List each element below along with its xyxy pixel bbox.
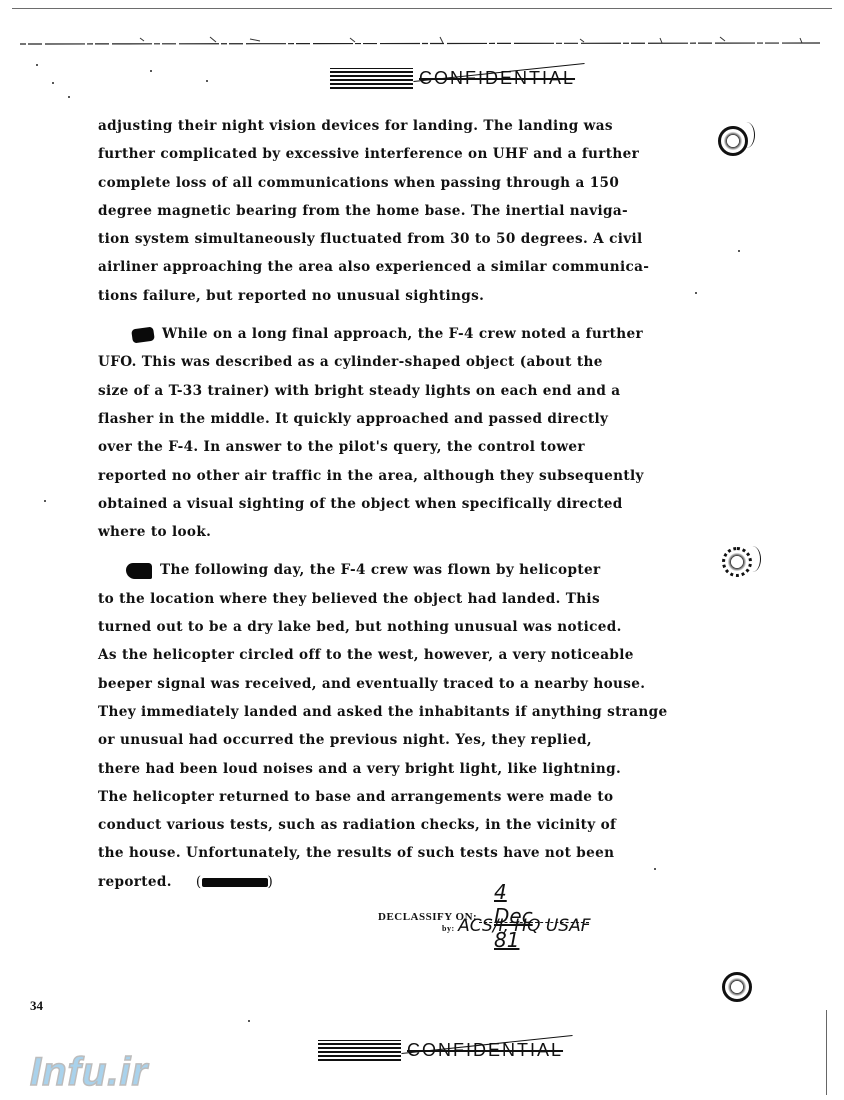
text-line: adjusting their night vision devices for…: [98, 112, 698, 140]
punch-hole-shadow-icon: [738, 122, 755, 148]
text-line: tions failure, but reported no unusual s…: [98, 282, 698, 310]
redacted-paragraph-marking: [131, 326, 155, 343]
text-line: reported.: [98, 874, 172, 890]
scan-top-edge: [12, 8, 832, 9]
classification-stamp-top: SECRETCONFIDENTIAL: [330, 68, 575, 89]
scan-speck: [44, 500, 46, 502]
text-line: The helicopter returned to base and arra…: [98, 783, 698, 811]
text-line: degree magnetic bearing from the home ba…: [98, 197, 698, 225]
text-line: conduct various tests, such as radiation…: [98, 811, 698, 839]
scan-speck: [738, 250, 740, 252]
text-line: beeper signal was received, and eventual…: [98, 670, 698, 698]
text-line: They immediately landed and asked the in…: [98, 698, 698, 726]
text-line-final: reported.(): [98, 868, 698, 896]
punch-hole-shadow-icon: [744, 546, 761, 572]
punch-hole-icon: [722, 972, 752, 1002]
scan-speck: [206, 80, 208, 82]
text-line: size of a T-33 trainer) with bright stea…: [98, 377, 698, 405]
text-line: obtained a visual sighting of the object…: [98, 490, 698, 518]
text-line: flasher in the middle. It quickly approa…: [98, 405, 698, 433]
scan-speck: [150, 70, 152, 72]
text-line: As the helicopter circled off to the wes…: [98, 641, 698, 669]
text-line: airliner approaching the area also exper…: [98, 253, 698, 281]
text-line: turned out to be a dry lake bed, but not…: [98, 613, 698, 641]
struck-secret-marking: SECRET: [330, 68, 413, 89]
text-line: over the F-4. In answer to the pilot's q…: [98, 433, 698, 461]
classification-stamp-bottom: SECRETCONFIDENTIAL: [318, 1040, 563, 1061]
text-line: to the location where they believed the …: [98, 585, 698, 613]
watermark-logo: Infu.ir: [30, 1050, 148, 1095]
paragraph-3: The following day, the F-4 crew was flow…: [98, 556, 698, 896]
document-body: adjusting their night vision devices for…: [98, 112, 698, 896]
text-line: The following day, the F-4 crew was flow…: [160, 562, 600, 578]
scan-speck: [654, 868, 656, 870]
scan-right-edge: [826, 1010, 827, 1095]
text-line: reported no other air traffic in the are…: [98, 462, 698, 490]
text-line: complete loss of all communications when…: [98, 169, 698, 197]
paragraph-2: While on a long final approach, the F-4 …: [98, 320, 698, 546]
text-line: While on a long final approach, the F-4 …: [162, 326, 643, 342]
confidential-marking: CONFIDENTIAL: [407, 1040, 563, 1061]
scan-speck: [248, 1020, 250, 1022]
paragraph-1: adjusting their night vision devices for…: [98, 112, 698, 310]
confidential-marking: CONFIDENTIAL: [419, 68, 575, 89]
scan-speck: [68, 96, 70, 98]
scan-speck: [695, 292, 697, 294]
text-line: further complicated by excessive interfe…: [98, 140, 698, 168]
scan-speck: [52, 82, 54, 84]
text-line: UFO. This was described as a cylinder-sh…: [98, 348, 698, 376]
page-number: 34: [30, 998, 43, 1014]
text-line: tion system simultaneously fluctuated fr…: [98, 225, 698, 253]
redaction-bar: [202, 878, 268, 887]
text-line: there had been loud noises and a very br…: [98, 755, 698, 783]
text-line-with-marking: While on a long final approach, the F-4 …: [98, 320, 698, 348]
redacted-end-marking: (): [196, 868, 273, 896]
text-line: or unusual had occurred the previous nig…: [98, 726, 698, 754]
declassify-authority-row: by: ACS/I, HQ USAF: [442, 916, 591, 936]
scan-speck: [36, 64, 38, 66]
scan-noise-line: [20, 36, 820, 46]
text-line-with-marking: The following day, the F-4 crew was flow…: [98, 556, 698, 584]
text-line: the house. Unfortunately, the results of…: [98, 839, 698, 867]
redacted-paragraph-marking: [126, 563, 152, 579]
struck-secret-marking: SECRET: [318, 1040, 401, 1061]
text-line: where to look.: [98, 518, 698, 546]
